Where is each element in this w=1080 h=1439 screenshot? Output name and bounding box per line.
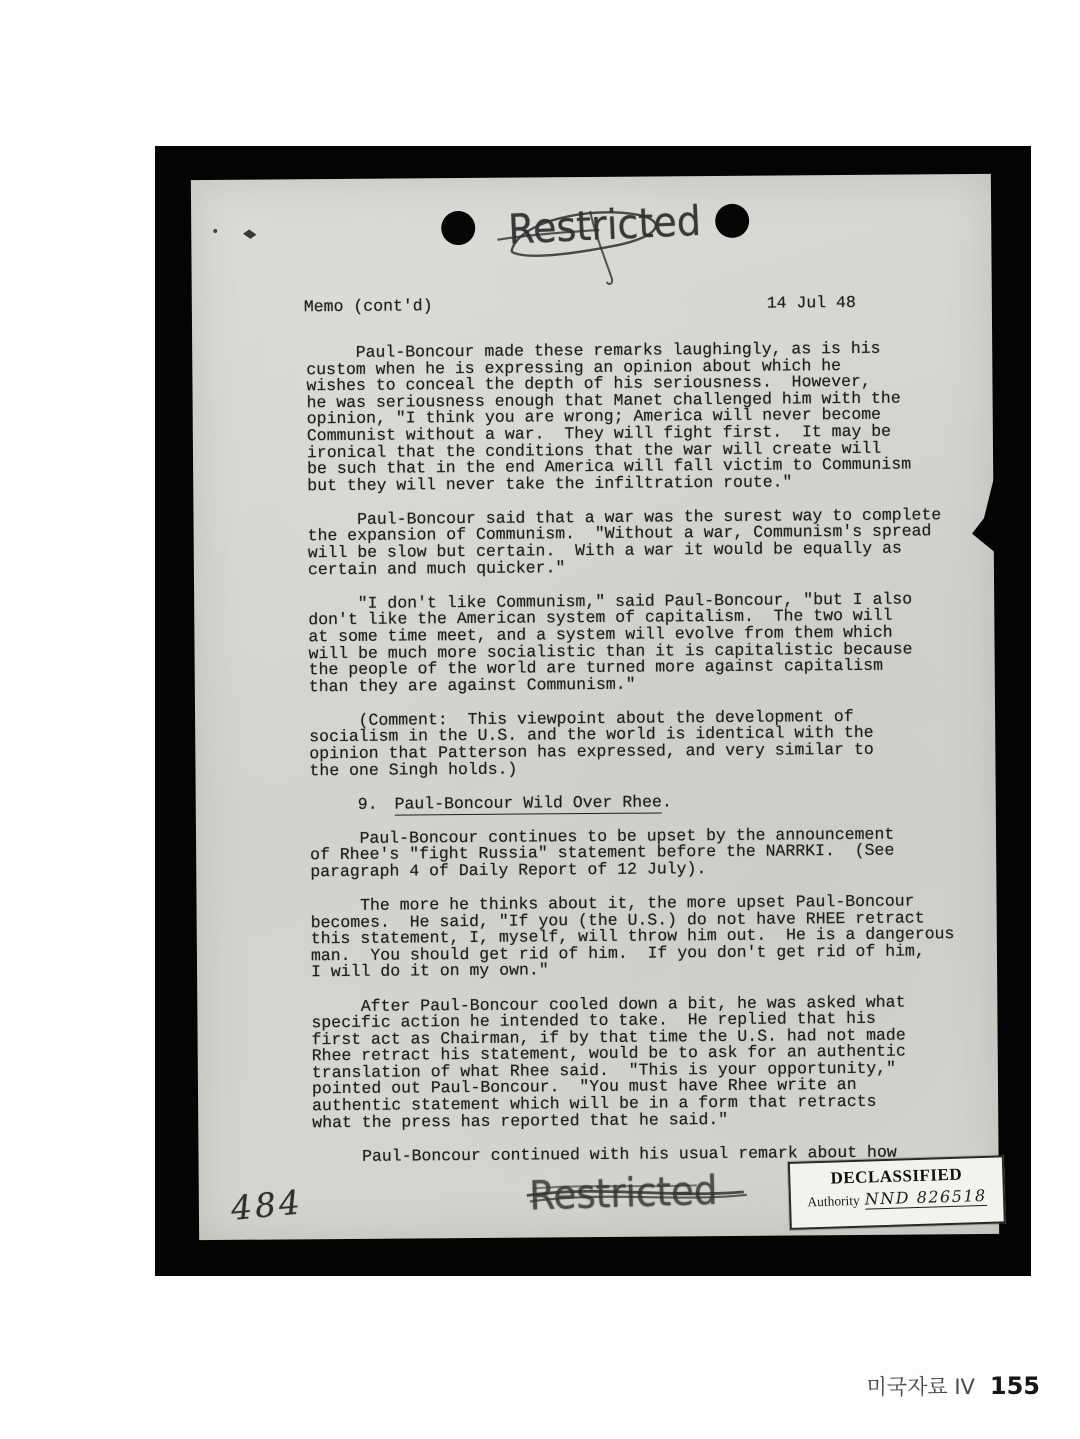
memo-paragraph: Paul-Boncour said that a war was the sur…: [307, 507, 999, 579]
scanned-document-background: Restricted Memo (cont'd) 14 Jul 48 Paul-…: [155, 146, 1031, 1276]
classification-marking-bottom: Restricted: [529, 1168, 719, 1220]
paper-speck: [213, 229, 217, 233]
memo-continuation-label: Memo (cont'd): [304, 296, 433, 316]
memo-paragraph: "I don't like Communism," said Paul-Bonc…: [308, 591, 1001, 696]
memo-header: Memo (cont'd) 14 Jul 48: [304, 293, 856, 316]
declassified-stamp: DECLASSIFIED AuthorityNND 826518: [788, 1155, 1006, 1230]
paper-speck: [243, 229, 256, 238]
declassified-authority-number: NND 826518: [864, 1186, 987, 1210]
footer-series-label: 미국자료 IV: [867, 1371, 975, 1401]
section-title: Paul-Boncour Wild Over Rhee: [394, 792, 662, 815]
declassified-authority-row: AuthorityNND 826518: [791, 1185, 1003, 1210]
hole-punch-left: [441, 211, 475, 245]
declassified-authority-label: Authority: [807, 1193, 860, 1210]
page-footer: 미국자료 IV 155: [867, 1371, 1041, 1401]
memo-paragraph: Paul-Boncour made these remarks laughing…: [306, 340, 999, 495]
hole-punch-right: [715, 204, 749, 238]
memo-paragraph: Paul-Boncour continues to be upset by th…: [310, 826, 1002, 881]
section-title-period: .: [662, 792, 672, 811]
memo-paragraph: After Paul-Boncour cooled down a bit, he…: [311, 993, 1004, 1131]
memo-date: 14 Jul 48: [767, 293, 856, 313]
memo-body: Paul-Boncour made these remarks laughing…: [306, 340, 1005, 1183]
section-number: 9.: [358, 794, 378, 813]
page: Restricted Memo (cont'd) 14 Jul 48 Paul-…: [0, 0, 1080, 1439]
classification-marking-top: Restricted: [507, 197, 702, 254]
memo-paragraph: (Comment: This viewpoint about the devel…: [309, 708, 1001, 780]
memo-paper: Restricted Memo (cont'd) 14 Jul 48 Paul-…: [191, 174, 999, 1240]
memo-paragraph: The more he thinks about it, the more up…: [310, 893, 1003, 981]
section-heading: 9.Paul-Boncour Wild Over Rhee.: [358, 791, 1002, 813]
footer-page-number: 155: [990, 1372, 1040, 1400]
handwritten-page-number: 484: [229, 1182, 304, 1228]
